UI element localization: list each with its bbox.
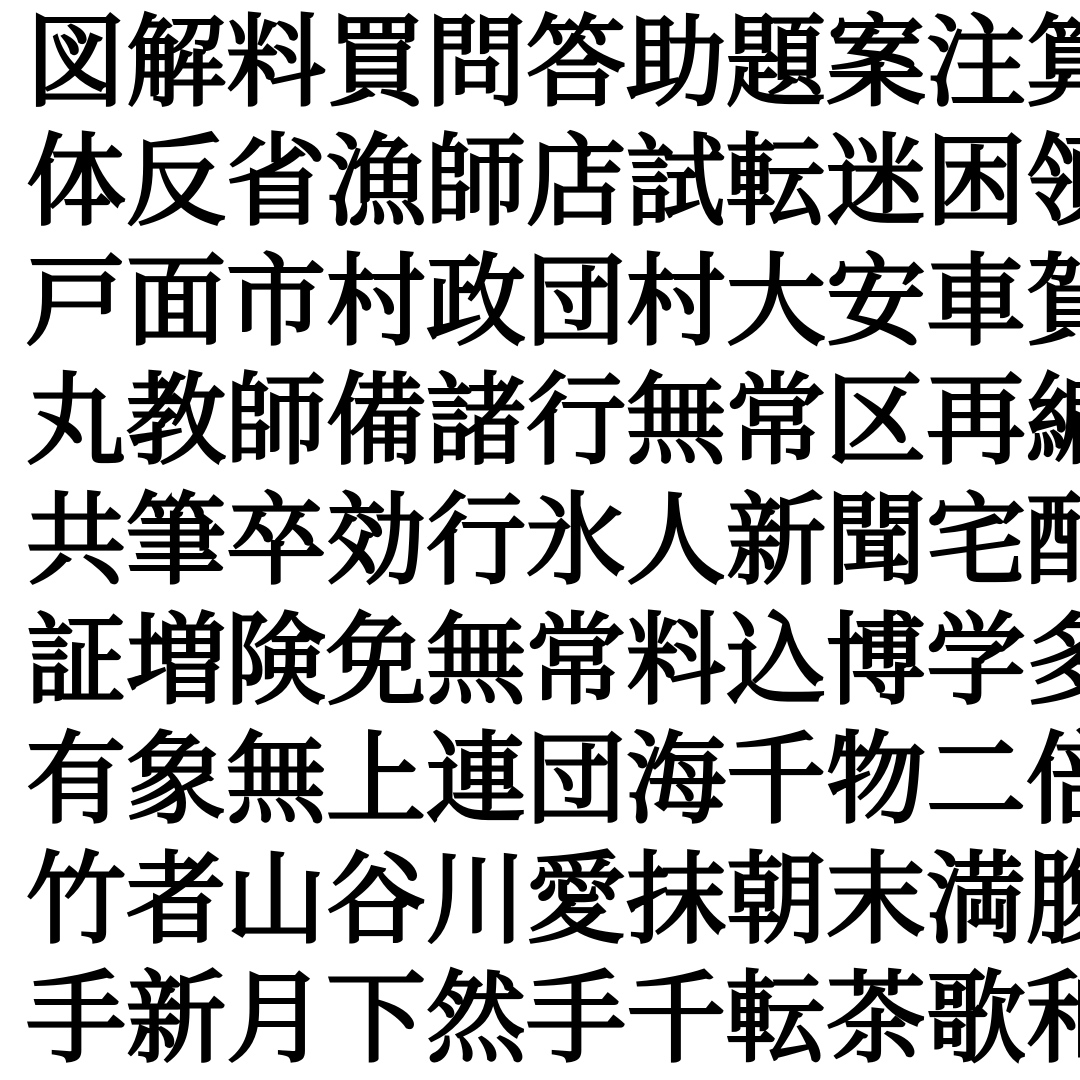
kanji-char: 上 <box>326 731 426 831</box>
kanji-char: 茶 <box>826 970 926 1070</box>
kanji-char: 連 <box>426 731 526 831</box>
kanji-row-1: 図解料買問答助題案注算活 <box>26 4 1054 124</box>
kanji-char: 備 <box>326 372 426 472</box>
kanji-char: 多 <box>1026 612 1080 712</box>
kanji-char: 手 <box>26 970 126 1070</box>
kanji-char: 村 <box>626 253 726 353</box>
kanji-char: 然 <box>426 970 526 1070</box>
kanji-char: 問 <box>426 14 526 114</box>
kanji-char: 解 <box>126 14 226 114</box>
kanji-char: 無 <box>226 731 326 831</box>
kanji-char: 編 <box>1026 372 1080 472</box>
kanji-char: 聞 <box>826 492 926 592</box>
kanji-char: 料 <box>226 14 326 114</box>
kanji-char: 丸 <box>26 372 126 472</box>
kanji-char: 困 <box>926 133 1026 233</box>
kanji-char: 転 <box>726 970 826 1070</box>
kanji-char: 教 <box>126 372 226 472</box>
kanji-char: 転 <box>726 133 826 233</box>
kanji-char: 師 <box>426 133 526 233</box>
kanji-char: 新 <box>126 970 226 1070</box>
kanji-char: 戸 <box>26 253 126 353</box>
kanji-char: 宅 <box>926 492 1026 592</box>
kanji-char: 学 <box>926 612 1026 712</box>
kanji-char: 行 <box>526 372 626 472</box>
kanji-char: 月 <box>226 970 326 1070</box>
kanji-char: 料 <box>626 612 726 712</box>
kanji-row-6: 証増険免無常料込博学多才 <box>26 602 1054 722</box>
kanji-char: 二 <box>926 731 1026 831</box>
kanji-char: 村 <box>326 253 426 353</box>
kanji-char: 海 <box>626 731 726 831</box>
kanji-char: 共 <box>26 492 126 592</box>
kanji-row-9: 手新月下然手千転茶歌和場 <box>26 961 1054 1080</box>
kanji-char: 領 <box>1026 133 1080 233</box>
kanji-char: 谷 <box>326 851 426 951</box>
kanji-char: 免 <box>326 612 426 712</box>
kanji-char: 算 <box>1026 14 1080 114</box>
kanji-char: 図 <box>26 14 126 114</box>
kanji-grid: 図解料買問答助題案注算活 体反省漁師店試転迷困領地 戸面市村政団村大安車賀象 丸… <box>0 0 1080 1080</box>
kanji-row-3: 戸面市村政団村大安車賀象 <box>26 243 1054 363</box>
kanji-char: 者 <box>126 851 226 951</box>
kanji-char: 安 <box>826 253 926 353</box>
kanji-char: 千 <box>626 970 726 1070</box>
kanji-char: 買 <box>326 14 426 114</box>
kanji-char: 氷 <box>526 492 626 592</box>
kanji-char: 物 <box>826 731 926 831</box>
kanji-char: 区 <box>826 372 926 472</box>
kanji-char: 末 <box>826 851 926 951</box>
kanji-char: 案 <box>826 14 926 114</box>
kanji-char: 漁 <box>326 133 426 233</box>
kanji-char: 賀 <box>1026 253 1080 353</box>
kanji-char: 大 <box>726 253 826 353</box>
kanji-char: 倍 <box>1026 731 1080 831</box>
kanji-char: 注 <box>926 14 1026 114</box>
kanji-char: 卒 <box>226 492 326 592</box>
kanji-char: 面 <box>126 253 226 353</box>
kanji-char: 試 <box>626 133 726 233</box>
kanji-char: 満 <box>926 851 1026 951</box>
kanji-char: 団 <box>526 731 626 831</box>
kanji-char: 筆 <box>126 492 226 592</box>
kanji-char: 愛 <box>526 851 626 951</box>
kanji-char: 増 <box>126 612 226 712</box>
kanji-row-2: 体反省漁師店試転迷困領地 <box>26 124 1054 244</box>
kanji-char: 諸 <box>426 372 526 472</box>
kanji-char: 省 <box>226 133 326 233</box>
kanji-char: 常 <box>526 612 626 712</box>
kanji-char: 険 <box>226 612 326 712</box>
kanji-row-5: 共筆卒効行氷人新聞宅配招 <box>26 482 1054 602</box>
kanji-char: 千 <box>726 731 826 831</box>
kanji-char: 無 <box>426 612 526 712</box>
kanji-char: 無 <box>626 372 726 472</box>
kanji-char: 車 <box>926 253 1026 353</box>
kanji-char: 効 <box>326 492 426 592</box>
kanji-char: 店 <box>526 133 626 233</box>
kanji-char: 抹 <box>626 851 726 951</box>
kanji-row-4: 丸教師備諸行無常区再編皆 <box>26 363 1054 483</box>
kanji-char: 下 <box>326 970 426 1070</box>
kanji-char: 人 <box>626 492 726 592</box>
kanji-char: 行 <box>426 492 526 592</box>
kanji-char: 証 <box>26 612 126 712</box>
kanji-char: 団 <box>526 253 626 353</box>
kanji-char: 川 <box>426 851 526 951</box>
kanji-char: 市 <box>226 253 326 353</box>
kanji-char: 博 <box>826 612 926 712</box>
kanji-char: 助 <box>626 14 726 114</box>
kanji-row-7: 有象無上連団海千物二倍停 <box>26 721 1054 841</box>
kanji-char: 反 <box>126 133 226 233</box>
kanji-char: 歌 <box>926 970 1026 1070</box>
kanji-char: 手 <box>526 970 626 1070</box>
kanji-char: 政 <box>426 253 526 353</box>
kanji-char: 迷 <box>826 133 926 233</box>
kanji-char: 答 <box>526 14 626 114</box>
kanji-char: 込 <box>726 612 826 712</box>
kanji-char: 朝 <box>726 851 826 951</box>
kanji-char: 常 <box>726 372 826 472</box>
kanji-row-8: 竹者山谷川愛抹朝末満腹八 <box>26 841 1054 961</box>
kanji-char: 再 <box>926 372 1026 472</box>
kanji-char: 題 <box>726 14 826 114</box>
kanji-char: 配 <box>1026 492 1080 592</box>
kanji-char: 象 <box>126 731 226 831</box>
kanji-char: 新 <box>726 492 826 592</box>
kanji-char: 師 <box>226 372 326 472</box>
kanji-char: 腹 <box>1026 851 1080 951</box>
kanji-char: 和 <box>1026 970 1080 1070</box>
kanji-char: 体 <box>26 133 126 233</box>
kanji-char: 有 <box>26 731 126 831</box>
kanji-char: 竹 <box>26 851 126 951</box>
kanji-char: 山 <box>226 851 326 951</box>
